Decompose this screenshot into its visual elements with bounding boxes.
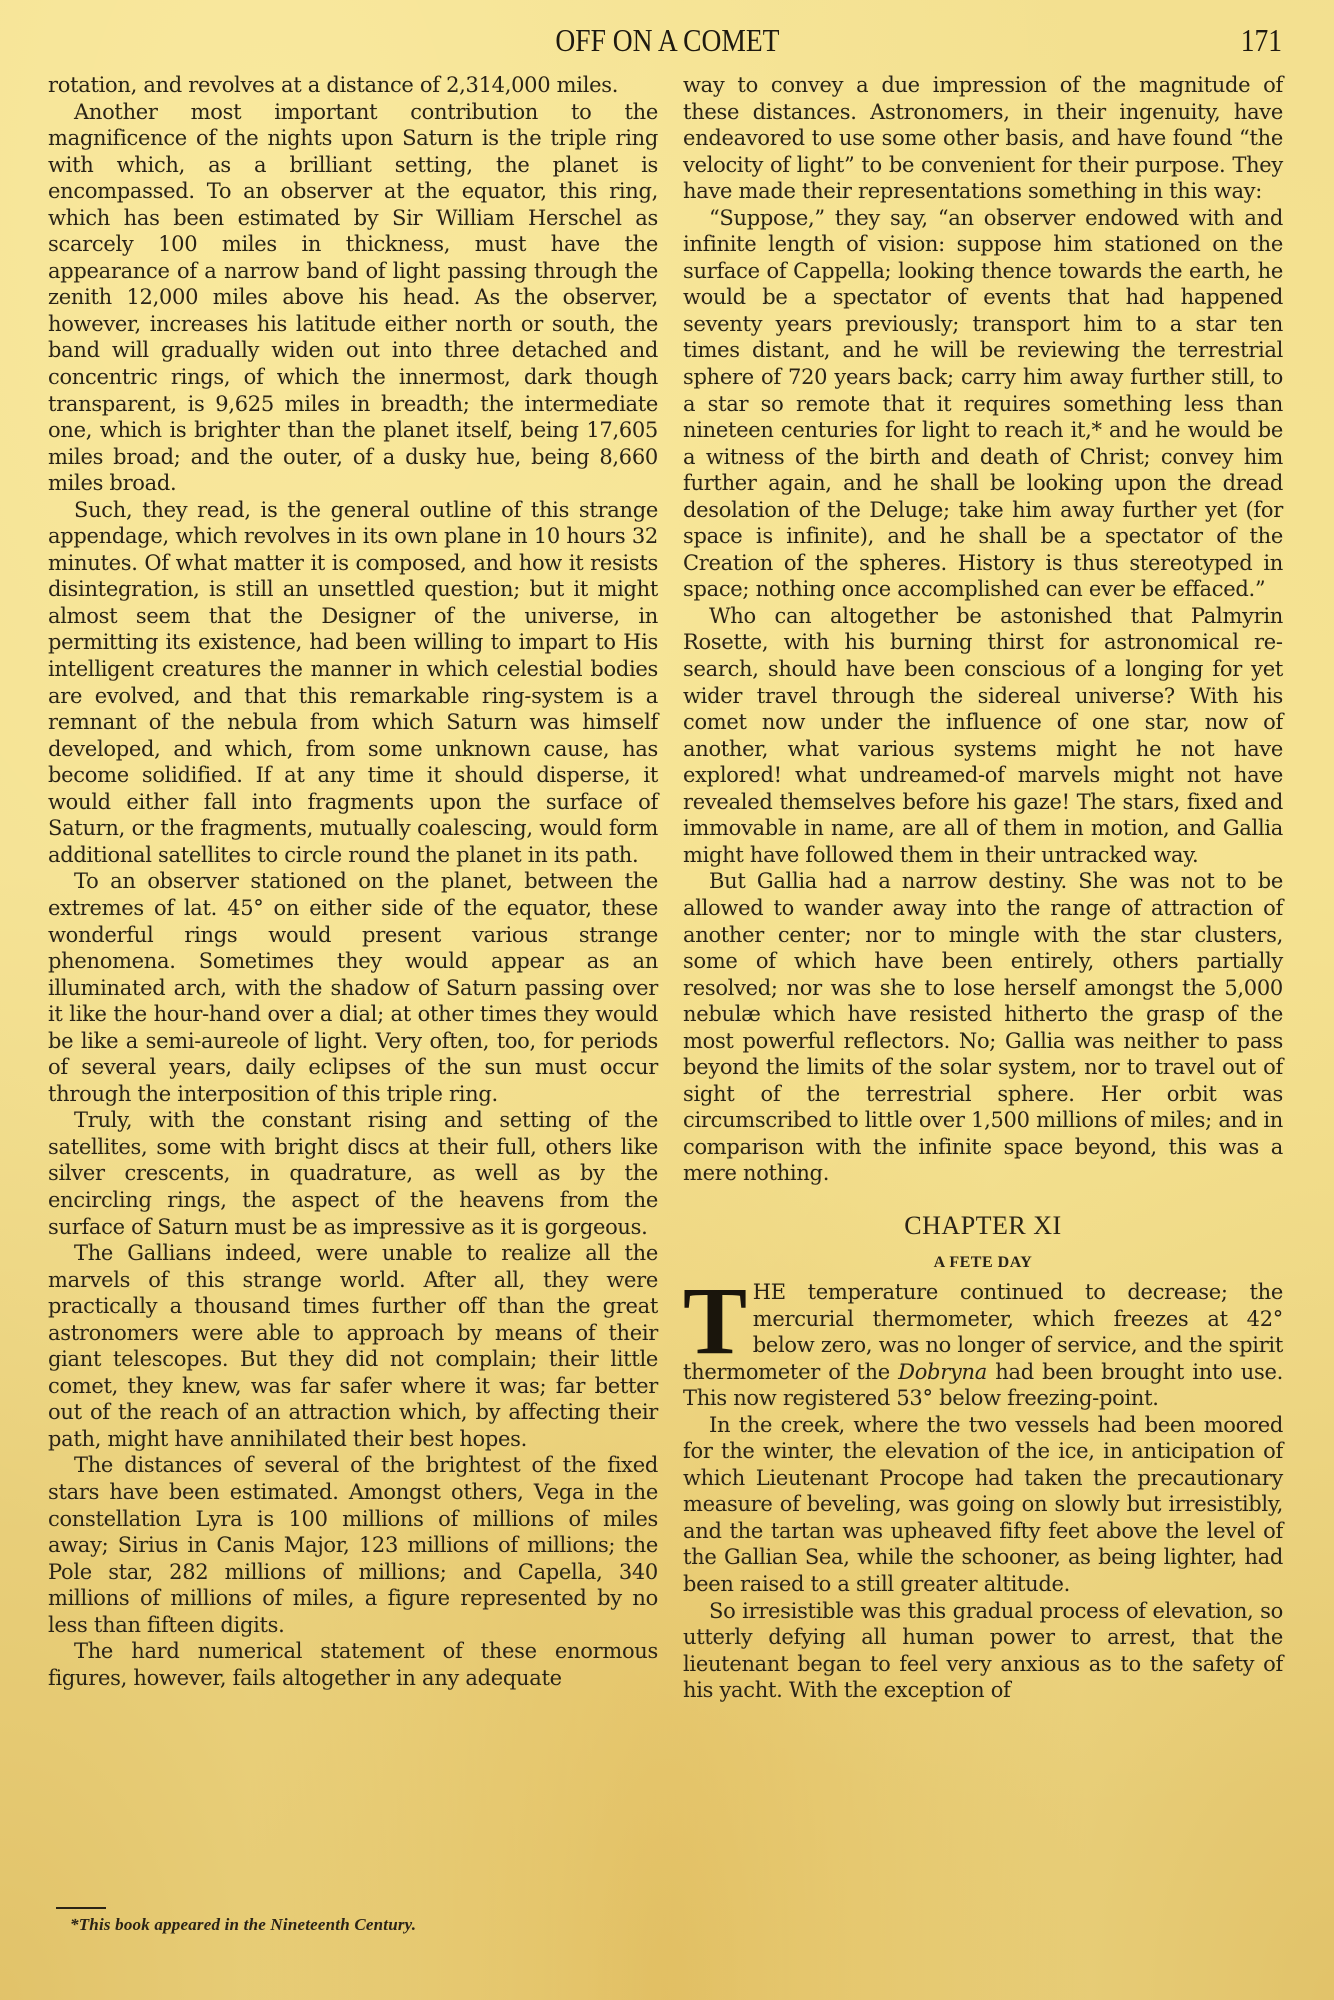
chapter-first-paragraph: THE temperature continued to decrease; t… (683, 1279, 1283, 1412)
paragraph: Such, they read, is the general outline … (48, 497, 658, 869)
running-title: OFF ON A COMET (94, 22, 1241, 59)
paragraph: Who can altogether be astonished that Pa… (683, 603, 1283, 868)
paragraph: But Gallia had a narrow destiny. She was… (683, 868, 1283, 1187)
right-column: way to convey a due impression of the ma… (683, 72, 1283, 1704)
running-head: OFF ON A COMET 171 (0, 22, 1334, 58)
drop-cap: T (683, 1284, 747, 1358)
paragraph: The hard numerical statement of these en… (48, 1638, 658, 1691)
paragraph: The Gallians indeed, were unable to real… (48, 1240, 658, 1452)
paragraph: The distances of several of the brightes… (48, 1452, 658, 1638)
paragraph: In the creek, where the two vessels had … (683, 1412, 1283, 1598)
paragraph: Truly, with the constant rising and sett… (48, 1107, 658, 1240)
book-page: OFF ON A COMET 171 rotation, and revolve… (0, 0, 1334, 2000)
left-column: rotation, and revolves at a distance of … (48, 72, 658, 1691)
paragraph: rotation, and revolves at a distance of … (48, 72, 658, 99)
page-number: 171 (1241, 22, 1282, 59)
paragraph: To an observer stationed on the planet, … (48, 868, 658, 1107)
paragraph: “Suppose,” they say, “an observer endowe… (683, 205, 1283, 603)
paragraph: So irresistible was this gradual process… (683, 1598, 1283, 1704)
paragraph: Another most important contribution to t… (48, 99, 658, 497)
ship-name-italic: Dobryna (898, 1360, 987, 1384)
footnote: *This book appeared in the Nineteenth Ce… (70, 1915, 416, 1935)
chapter-heading: CHAPTER XI (683, 1211, 1283, 1241)
footnote-divider (56, 1907, 106, 1909)
paragraph: way to convey a due impression of the ma… (683, 72, 1283, 205)
chapter-subtitle: A FETE DAY (683, 1253, 1283, 1273)
